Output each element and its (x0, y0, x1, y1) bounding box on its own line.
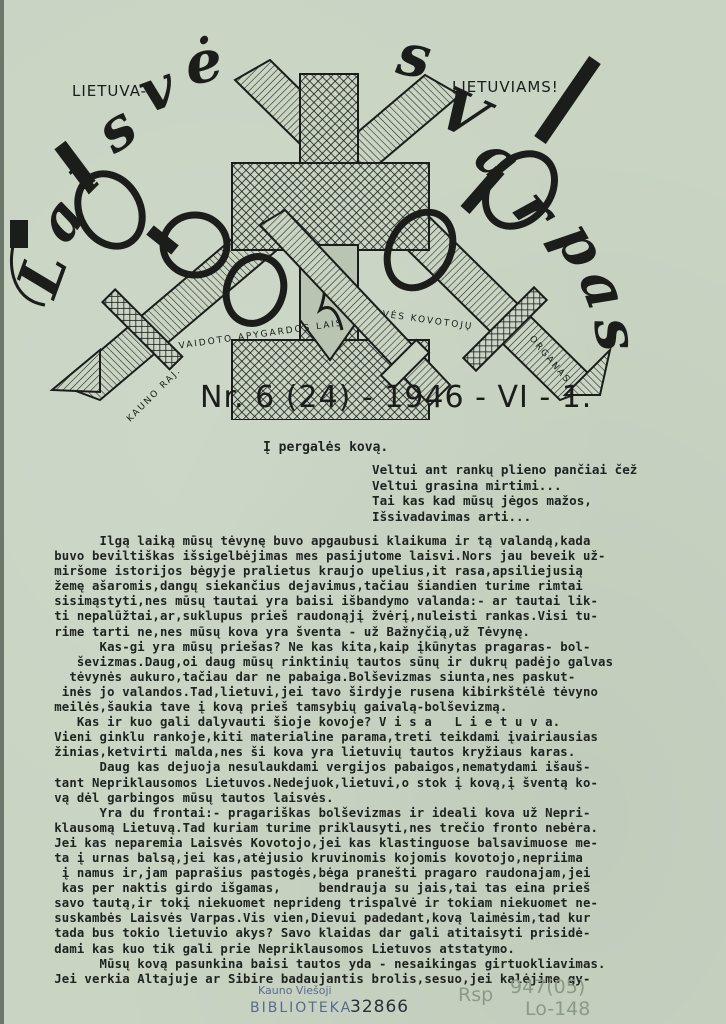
body-line: Yra du frontai:- pragariškas bolševizmas… (24, 806, 684, 821)
body-line: žemę ašaromis,dangų siekančius dejavimus… (24, 579, 684, 594)
body-line: ti nepalūžtai,ar,suklupus prieš raudonąj… (24, 609, 684, 624)
body-line: tada bus tokio lietuvio akys? Savo klaid… (24, 926, 684, 941)
body-line: vą dėl garbingos mūsų tautos laisvės. (24, 791, 684, 806)
body-line: klausomą Lietuvą.Tad kuriam turime prikl… (24, 821, 684, 836)
body-line: Mūsų kovą pasunkina baisi tautos yda - n… (24, 957, 684, 972)
body-line: žinias,ketvirti malda,nes ši kova yra li… (24, 745, 684, 760)
body-line: kas per naktis girdo išgamas, bendrauja … (24, 881, 684, 896)
body-line: Jei kas neparemia Laisvės Kovotojo,jei k… (24, 836, 684, 851)
document-page: LIETUVA- LIETUVIAMS! L a i s v ė s V a r… (0, 0, 726, 1024)
body-line: buvo beviltiškas išsigelbėjimas mes pasi… (24, 549, 684, 564)
body-line: Kas ir kuo gali dalyvauti šioje kovoje? … (24, 715, 684, 730)
poem-line: Tai kas kad mūsų jėgos mažos, (372, 493, 637, 509)
masthead: LIETUVA- LIETUVIAMS! L a i s v ė s V a r… (0, 0, 726, 420)
body-line: ta į urnas balsą,jei kas,atėjusio kruvin… (24, 851, 684, 866)
body-line: į namus ir,jam paprašius pastogės,bėga p… (24, 866, 684, 881)
body-line: tant Nepriklausomos Lietuvos.Nedejuok,li… (24, 776, 684, 791)
body-line: inės jo valandos.Tad,lietuvi,jei tavo ši… (24, 685, 684, 700)
poem-line: Išsivadavimas arti... (372, 509, 637, 525)
inventory-number: 32866 (350, 997, 409, 1017)
body-line: rime tarti ne,nes mūsų kova yra šventa -… (24, 625, 684, 640)
poem-line: Veltui grasina mirtimi... (372, 478, 637, 494)
body-line: savo tautą,ir tokį niekuomet neprideng t… (24, 896, 684, 911)
poem-line: Veltui ant rankų plieno pančiai čež (372, 462, 637, 478)
library-stamp-line1: Kauno Viešoji (258, 984, 332, 997)
body-line: Kas-gi yra mūsų priešas? Ne kas kita,kai… (24, 640, 684, 655)
epigraph-poem: Veltui ant rankų plieno pančiai čež Velt… (372, 462, 637, 524)
body-line: Ilgą laiką mūsų tėvynę buvo apgaubusi kl… (24, 534, 684, 549)
body-line: Daug kas dejuoja nesulaukdami vergijos p… (24, 760, 684, 775)
body-line: sisimąstyti,nes mūsų tautai yra baisi iš… (24, 594, 684, 609)
body-line: suskambės Laisvės Varpas.Vis vien,Dievui… (24, 911, 684, 926)
body-line: miršome istorijos bėgyje pralietus krauj… (24, 564, 684, 579)
body-line: tėvynės aukuro,tačiau dar ne pabaiga.Bol… (24, 670, 684, 685)
emblem-illustration (0, 0, 726, 420)
body-line: Vieni ginklu rankoje,kiti materialine pa… (24, 730, 684, 745)
issue-number: Nr. 6 (24) - 1946 - VI - 1. (200, 380, 592, 415)
pencil-mark: Rsp (458, 984, 493, 1006)
pencil-mark: Lo-148 (525, 998, 590, 1020)
library-stamp-line2: BIBLIOTEKA (250, 1000, 352, 1016)
body-line: ševizmas.Daug,oi daug mūsų rinktinių tau… (24, 655, 684, 670)
article-title: Į pergalės kovą. (263, 440, 388, 455)
body-line: meilės,šaukia tave į kovą prieš tamsybių… (24, 700, 684, 715)
pencil-mark: 947(05) (510, 976, 585, 998)
body-line: dami kas kuo tik gali prie Nepriklausomo… (24, 942, 684, 957)
article-body: Ilgą laiką mūsų tėvynę buvo apgaubusi kl… (24, 534, 684, 987)
